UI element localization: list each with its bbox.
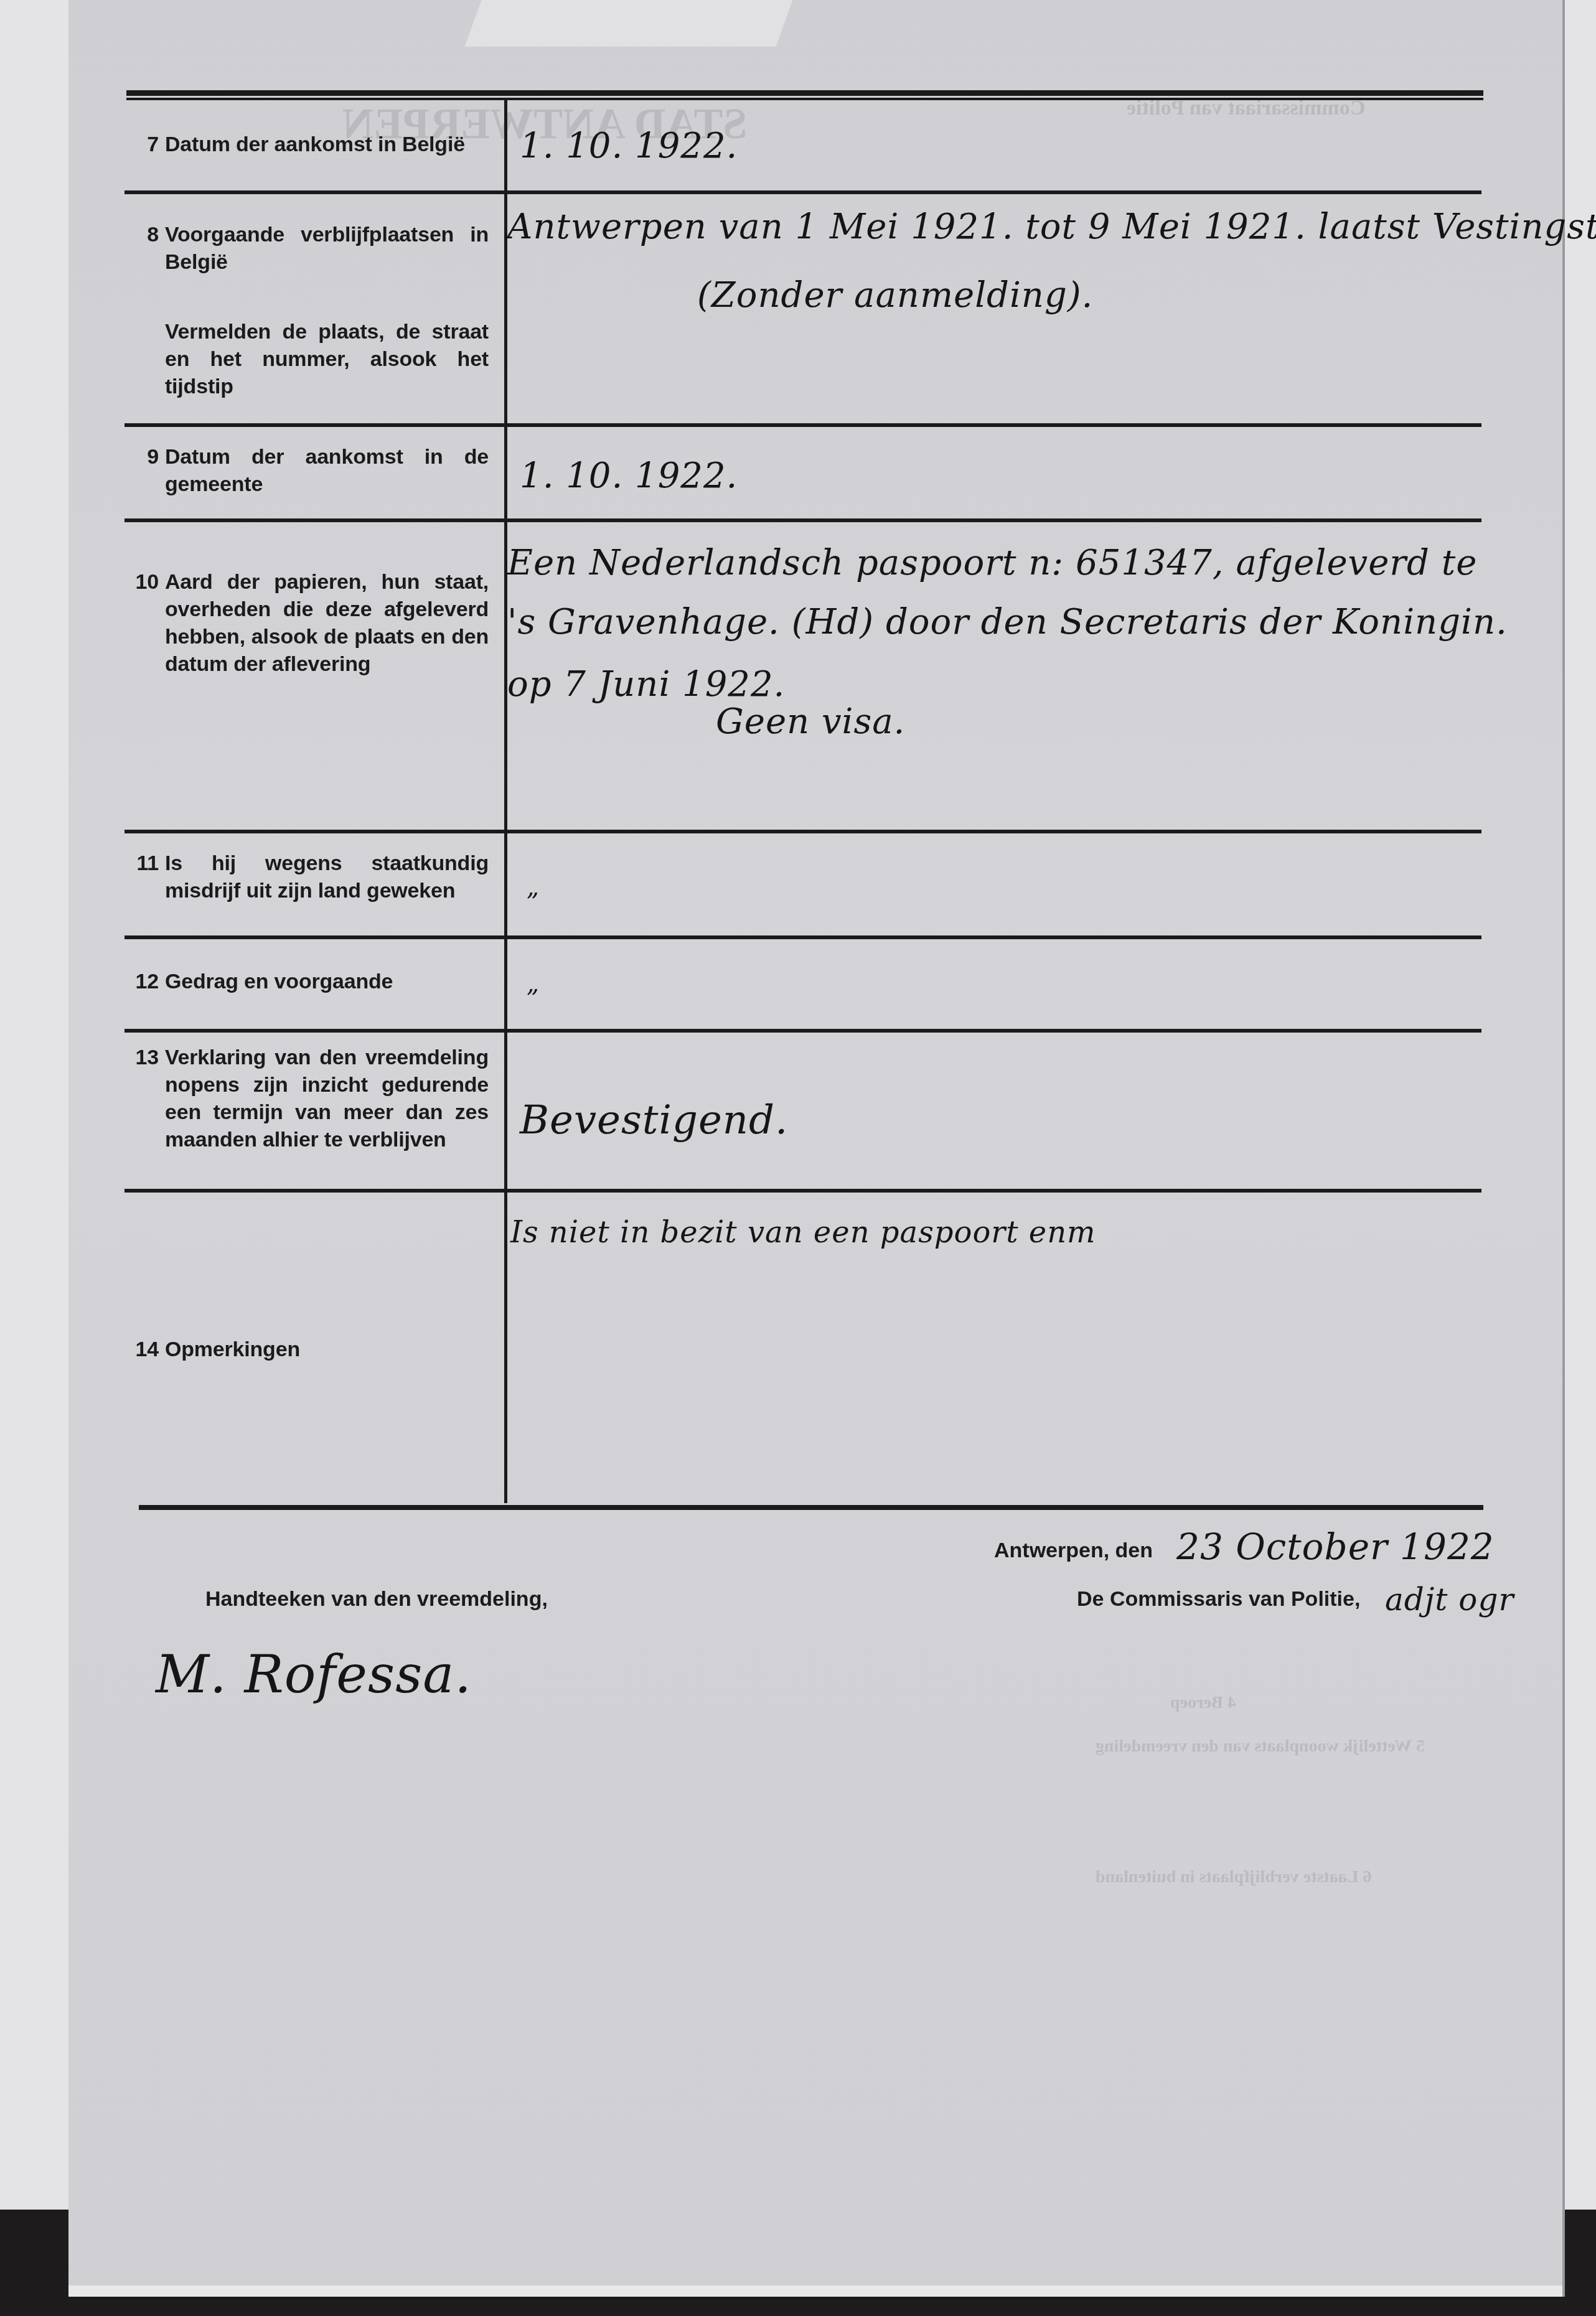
bleed-through-line: 5 Wettelijk woonplaats van den vreemdeli… — [1096, 1737, 1425, 1756]
field-label: Voorgaande verblijfplaatsen in België — [165, 221, 489, 276]
field-12-value: ” — [526, 974, 539, 1024]
official-title: De Commissaris van Politie, — [1077, 1587, 1360, 1611]
row-rule — [124, 1029, 1481, 1033]
field-13-value: Bevestigend. — [520, 1095, 788, 1145]
field-10: 10 Aard der papieren, hun staat, overhed… — [165, 568, 489, 678]
field-8-value-line: (Zonder aanmelding). — [697, 271, 1093, 321]
field-label: Verklaring van den vreemdeling nopens zi… — [165, 1044, 489, 1153]
official-signature: adjt ogr — [1385, 1575, 1514, 1624]
field-9-value: 1. 10. 1922. — [520, 451, 738, 501]
row-rule — [124, 190, 1481, 194]
row-rule — [124, 423, 1481, 427]
field-number: 12 — [128, 968, 159, 995]
field-number: 8 — [128, 221, 159, 248]
field-9: 9 Datum der aankomst in de gemeente — [165, 443, 489, 498]
document-page: STAD ANTWERPEN Commissariaat van Politie… — [68, 0, 1565, 2297]
field-label: Datum der aankomst in de gemeente — [165, 443, 489, 498]
field-10-value-line: Geen visa. — [716, 697, 905, 747]
top-rule-thin — [126, 98, 1483, 100]
field-14-value: Is niet in bezit van een paspoort enm — [510, 1207, 1096, 1257]
issue-date: 23 October 1922 — [1176, 1522, 1495, 1572]
bleed-through-line: 6 Laatste verblijfplaats in buitenland — [1096, 1867, 1371, 1887]
field-7-value: 1. 10. 1922. — [520, 121, 738, 171]
field-11: 11 Is hij wegens staatkundig misdrijf ui… — [165, 850, 489, 904]
field-label: Aard der papieren, hun staat, overheden … — [165, 568, 489, 678]
field-number: 11 — [128, 850, 159, 877]
alien-signature: M. Rofessa. — [156, 1640, 472, 1709]
field-number: 13 — [128, 1044, 159, 1071]
field-10-value-line: Een Nederlandsch paspoort n: 651347, afg… — [507, 538, 1477, 588]
row-rule — [124, 935, 1481, 939]
field-11-value: ” — [526, 878, 539, 927]
row-rule — [124, 830, 1481, 833]
field-8: 8 Voorgaande verblijfplaatsen in België … — [165, 221, 489, 400]
top-rule — [126, 90, 1483, 96]
field-12: 12 Gedrag en voorgaande — [165, 968, 489, 995]
field-8-value-line: Antwerpen van 1 Mei 1921. tot 9 Mei 1921… — [507, 202, 1596, 252]
alien-signature-label: Handteeken van den vreemdeling, — [205, 1587, 548, 1611]
bottom-rule — [139, 1505, 1483, 1510]
field-10-value-line: 's Gravenhage. (Hd) door den Secretaris … — [507, 598, 1508, 647]
field-label: Datum der aankomst in België — [165, 131, 489, 158]
row-rule — [124, 518, 1481, 522]
field-number: 7 — [128, 131, 159, 158]
field-number: 14 — [128, 1336, 159, 1363]
field-label: Is hij wegens staatkundig misdrijf uit z… — [165, 850, 489, 904]
field-13: 13 Verklaring van den vreemdeling nopens… — [165, 1044, 489, 1153]
field-number: 10 — [128, 568, 159, 596]
field-label: Gedrag en voorgaande — [165, 968, 489, 995]
field-number: 9 — [128, 443, 159, 471]
place-prefix: Antwerpen, den — [994, 1539, 1153, 1563]
bleed-through-line: 4 Beroep — [1170, 1693, 1236, 1713]
field-instruction: Vermelden de plaats, de straat en het nu… — [165, 318, 489, 400]
field-label: Opmerkingen — [165, 1336, 489, 1363]
column-divider — [504, 100, 507, 1503]
row-rule — [124, 1189, 1481, 1193]
folded-corner — [464, 0, 792, 47]
field-7: 7 Datum der aankomst in België — [165, 131, 489, 158]
field-14: 14 Opmerkingen — [165, 1336, 489, 1363]
